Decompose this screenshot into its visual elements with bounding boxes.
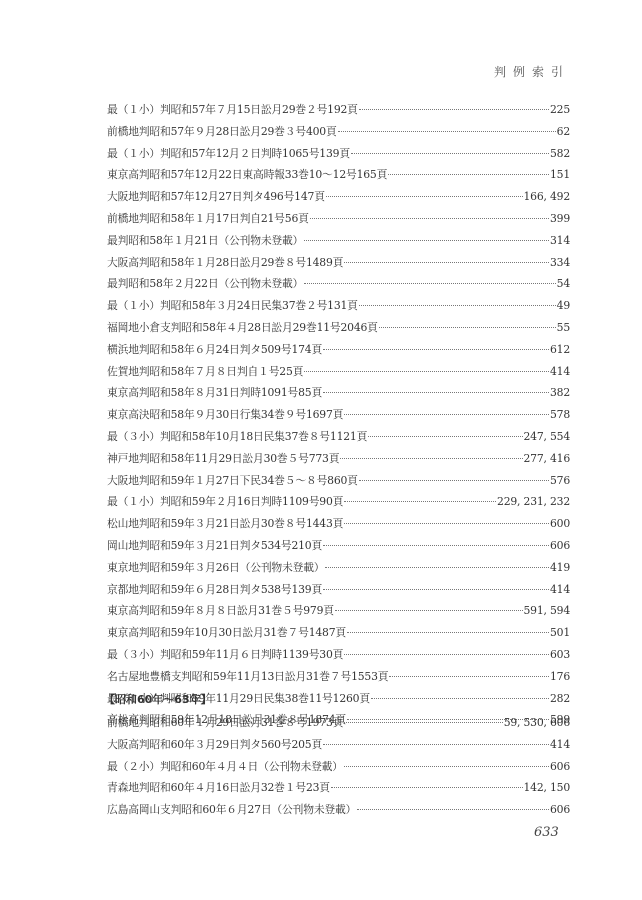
dot-leader <box>344 413 549 415</box>
index-entry: 佐賀地判昭和58年７月８日判自１号25頁414 <box>107 361 570 383</box>
index-entry: 東京高判昭和58年８月31日判時1091号85頁382 <box>107 382 570 404</box>
page-references: 166, 492 <box>524 186 570 208</box>
page-references: 142, 150 <box>524 777 570 799</box>
case-citation: 広島高岡山支判昭和60年６月27日（公刊物未登載） <box>107 799 356 821</box>
page-references: 603 <box>550 644 570 666</box>
case-citation: 最（１小）判昭和59年２月16日判時1109号90頁 <box>107 491 343 513</box>
page-references: 62 <box>557 121 570 143</box>
dot-leader <box>344 721 502 723</box>
case-citation: 福岡地小倉支判昭和58年４月28日訟月29巻11号2046頁 <box>107 317 378 339</box>
case-citation: 東京高判昭和58年８月31日判時1091号85頁 <box>107 382 322 404</box>
dot-leader <box>359 108 549 110</box>
case-citation: 最（１小）判昭和58年３月24日民集37巻２号131頁 <box>107 295 358 317</box>
dot-leader <box>325 566 549 568</box>
page-references: 151 <box>550 164 570 186</box>
case-citation: 最（１小）判昭和57年７月15日訟月29巻２号192頁 <box>107 99 358 121</box>
page-references: 576 <box>550 470 570 492</box>
index-entry: 神戸地判昭和58年11月29日訟月30巻５号773頁277, 416 <box>107 448 570 470</box>
case-index-section: 【昭和60年〜63年】 前橋地判昭和60年１月29日訟月31巻８号1973頁59… <box>107 688 570 821</box>
index-entry: 福岡地小倉支判昭和58年４月28日訟月29巻11号2046頁55 <box>107 317 570 339</box>
case-citation: 大阪地判昭和59年１月27日下民34巻５〜８号860頁 <box>107 470 358 492</box>
dot-leader <box>323 743 549 745</box>
page-references: 414 <box>550 734 570 756</box>
index-entry: 大阪高判昭和58年１月28日訟月29巻８号1489頁334 <box>107 252 570 274</box>
dot-leader <box>359 304 556 306</box>
index-entry: 最（３小）判昭和59年11月６日判時1139号30頁603 <box>107 644 570 666</box>
page-references: 382 <box>550 382 570 404</box>
case-citation: 最（３小）判昭和59年11月６日判時1139号30頁 <box>107 644 343 666</box>
index-entry: 東京高判昭和59年10月30日訟月31巻７号1487頁501 <box>107 622 570 644</box>
page-references: 419 <box>550 557 570 579</box>
index-entry: 最（１小）判昭和59年２月16日判時1109号90頁229, 231, 232 <box>107 491 570 513</box>
page-references: 225 <box>550 99 570 121</box>
page-references: 582 <box>550 143 570 165</box>
index-entry: 前橋地判昭和60年１月29日訟月31巻８号1973頁59, 530, 606 <box>107 712 570 734</box>
dot-leader <box>310 217 549 219</box>
case-citation: 京都地判昭和59年６月28日判タ538号139頁 <box>107 579 322 601</box>
index-entry: 最（２小）判昭和60年４月４日（公刊物未登載）606 <box>107 756 570 778</box>
page-references: 591, 594 <box>524 600 570 622</box>
case-citation: 松山地判昭和59年３月21日訟月30巻８号1443頁 <box>107 513 343 535</box>
dot-leader <box>323 544 549 546</box>
dot-leader <box>323 391 549 393</box>
dot-leader <box>368 435 522 437</box>
dot-leader <box>388 173 549 175</box>
index-entry: 最（１小）判昭和58年３月24日民集37巻２号131頁49 <box>107 295 570 317</box>
dot-leader <box>344 522 549 524</box>
case-citation: 青森地判昭和60年４月16日訟月32巻１号23頁 <box>107 777 330 799</box>
index-entry: 最判昭和58年２月22日（公刊物未登載）54 <box>107 273 570 295</box>
page-references: 606 <box>550 756 570 778</box>
page-references: 414 <box>550 361 570 383</box>
page-references: 54 <box>557 273 570 295</box>
index-entry: 最（３小）判昭和58年10月18日民集37巻８号1121頁247, 554 <box>107 426 570 448</box>
case-citation: 大阪地判昭和57年12月27日判タ496号147頁 <box>107 186 325 208</box>
case-citation: 前橋地判昭和58年１月17日判自21号56頁 <box>107 208 309 230</box>
case-citation: 東京地判昭和59年３月26日（公刊物未登載） <box>107 557 324 579</box>
case-citation: 横浜地判昭和58年６月24日判タ509号174頁 <box>107 339 322 361</box>
dot-leader <box>338 130 556 132</box>
index-entry: 松山地判昭和59年３月21日訟月30巻８号1443頁600 <box>107 513 570 535</box>
page-number: 633 <box>534 825 559 840</box>
page-references: 247, 554 <box>524 426 570 448</box>
index-entry: 東京高判昭和59年８月８日訟月31巻５号979頁591, 594 <box>107 600 570 622</box>
section-heading: 【昭和60年〜63年】 <box>104 688 570 712</box>
page-references: 49 <box>557 295 570 317</box>
case-citation: 神戸地判昭和58年11月29日訟月30巻５号773頁 <box>107 448 339 470</box>
page-references: 399 <box>550 208 570 230</box>
page-references: 414 <box>550 579 570 601</box>
dot-leader <box>344 765 549 767</box>
index-entry: 最判昭和58年１月21日（公刊物未登載）314 <box>107 230 570 252</box>
dot-leader <box>304 239 549 241</box>
page-references: 176 <box>550 666 570 688</box>
page-references: 277, 416 <box>524 448 570 470</box>
case-citation: 大阪高判昭和60年３月29日判タ560号205頁 <box>107 734 322 756</box>
case-citation: 最判昭和58年２月22日（公刊物未登載） <box>107 273 303 295</box>
page-references: 501 <box>550 622 570 644</box>
index-entry: 最（１小）判昭和57年12月２日判時1065号139頁582 <box>107 143 570 165</box>
case-citation: 岡山地判昭和59年３月21日判タ534号210頁 <box>107 535 322 557</box>
page-references: 612 <box>550 339 570 361</box>
dot-leader <box>357 808 549 810</box>
case-citation: 名古屋地豊橋支判昭和59年11月13日訟月31巻７号1553頁 <box>107 666 388 688</box>
case-citation: 東京高決昭和58年９月30日行集34巻９号1697頁 <box>107 404 343 426</box>
index-entry: 大阪地判昭和59年１月27日下民34巻５〜８号860頁576 <box>107 470 570 492</box>
case-citation: 最（３小）判昭和58年10月18日民集37巻８号1121頁 <box>107 426 367 448</box>
index-entry: 東京高判昭和57年12月22日東高時報33巻10〜12号165頁151 <box>107 164 570 186</box>
page-references: 606 <box>550 799 570 821</box>
dot-leader <box>340 457 522 459</box>
dot-leader <box>344 261 549 263</box>
index-entry: 東京地判昭和59年３月26日（公刊物未登載）419 <box>107 557 570 579</box>
dot-leader <box>335 609 523 611</box>
dot-leader <box>326 195 523 197</box>
page-references: 55 <box>557 317 570 339</box>
case-citation: 東京高判昭和59年８月８日訟月31巻５号979頁 <box>107 600 334 622</box>
case-citation: 東京高判昭和57年12月22日東高時報33巻10〜12号165頁 <box>107 164 387 186</box>
running-head: 判例索引 <box>494 63 570 80</box>
case-citation: 前橋地判昭和57年９月28日訟月29巻３号400頁 <box>107 121 337 143</box>
case-citation: 最（２小）判昭和60年４月４日（公刊物未登載） <box>107 756 343 778</box>
dot-leader <box>344 500 496 502</box>
dot-leader <box>379 326 556 328</box>
page-references: 314 <box>550 230 570 252</box>
dot-leader <box>323 348 549 350</box>
index-entry: 青森地判昭和60年４月16日訟月32巻１号23頁142, 150 <box>107 777 570 799</box>
case-citation: 大阪高判昭和58年１月28日訟月29巻８号1489頁 <box>107 252 343 274</box>
index-entry: 前橋地判昭和58年１月17日判自21号56頁399 <box>107 208 570 230</box>
dot-leader <box>304 282 555 284</box>
dot-leader <box>347 631 549 633</box>
page-references: 606 <box>550 535 570 557</box>
page-references: 334 <box>550 252 570 274</box>
case-index-list: 最（１小）判昭和57年７月15日訟月29巻２号192頁225前橋地判昭和57年９… <box>107 99 570 731</box>
index-entry: 最（１小）判昭和57年７月15日訟月29巻２号192頁225 <box>107 99 570 121</box>
dot-leader <box>351 152 549 154</box>
page-references: 59, 530, 606 <box>504 712 570 734</box>
case-citation: 前橋地判昭和60年１月29日訟月31巻８号1973頁 <box>107 712 343 734</box>
case-citation: 佐賀地判昭和58年７月８日判自１号25頁 <box>107 361 303 383</box>
page-references: 229, 231, 232 <box>497 491 570 513</box>
page-references: 578 <box>550 404 570 426</box>
case-index-list: 前橋地判昭和60年１月29日訟月31巻８号1973頁59, 530, 606大阪… <box>107 712 570 821</box>
page-references: 600 <box>550 513 570 535</box>
dot-leader <box>389 675 549 677</box>
index-entry: 大阪地判昭和57年12月27日判タ496号147頁166, 492 <box>107 186 570 208</box>
index-entry: 横浜地判昭和58年６月24日判タ509号174頁612 <box>107 339 570 361</box>
case-citation: 最（１小）判昭和57年12月２日判時1065号139頁 <box>107 143 350 165</box>
dot-leader <box>344 653 549 655</box>
index-entry: 京都地判昭和59年６月28日判タ538号139頁414 <box>107 579 570 601</box>
dot-leader <box>331 786 523 788</box>
case-citation: 東京高判昭和59年10月30日訟月31巻７号1487頁 <box>107 622 346 644</box>
index-entry: 前橋地判昭和57年９月28日訟月29巻３号400頁62 <box>107 121 570 143</box>
index-entry: 名古屋地豊橋支判昭和59年11月13日訟月31巻７号1553頁176 <box>107 666 570 688</box>
dot-leader <box>304 370 549 372</box>
index-entry: 岡山地判昭和59年３月21日判タ534号210頁606 <box>107 535 570 557</box>
index-entry: 大阪高判昭和60年３月29日判タ560号205頁414 <box>107 734 570 756</box>
dot-leader <box>359 479 549 481</box>
case-citation: 最判昭和58年１月21日（公刊物未登載） <box>107 230 303 252</box>
dot-leader <box>323 588 549 590</box>
index-entry: 広島高岡山支判昭和60年６月27日（公刊物未登載）606 <box>107 799 570 821</box>
index-entry: 東京高決昭和58年９月30日行集34巻９号1697頁578 <box>107 404 570 426</box>
